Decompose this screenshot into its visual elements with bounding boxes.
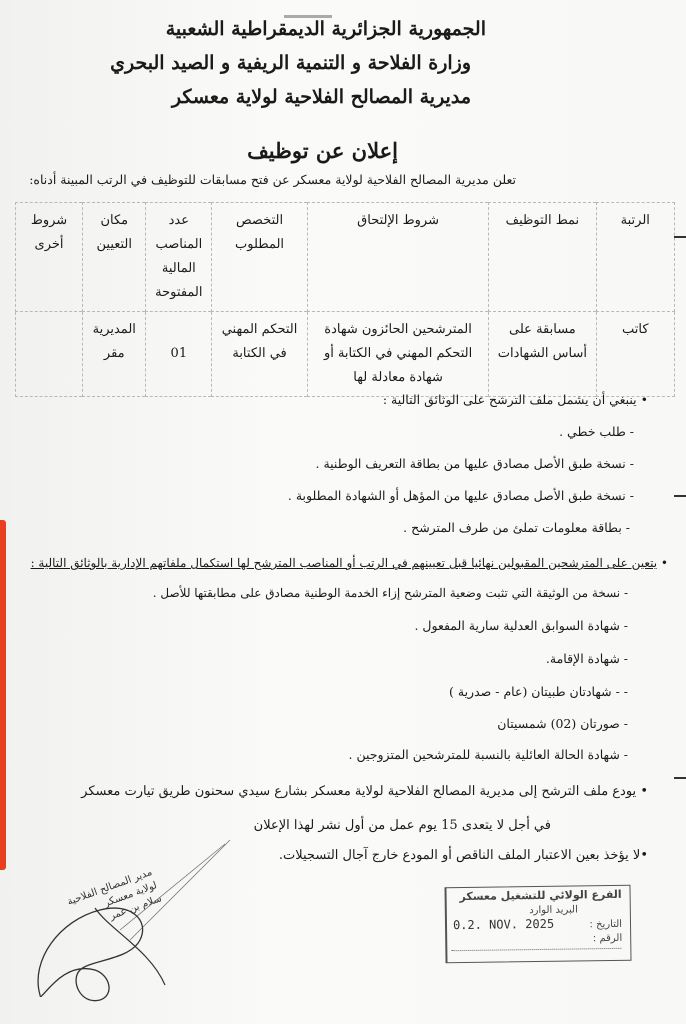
page-title: إعلان عن توظيف (247, 138, 398, 163)
reception-stamp: الفرع الولائي للتشغيل معسكر البريد الوار… (444, 885, 631, 964)
note-text: •لا يؤخذ بعين الاعتبار الملف الناقص أو ا… (279, 848, 648, 863)
section2-item: - شهادة الإقامة. (546, 651, 628, 666)
col-header-mode: نمط التوظيف (489, 203, 596, 312)
table-header-row: الرتبة نمط التوظيف شروط الإلتحاق التخصص … (16, 203, 675, 312)
red-edge-strip (0, 520, 6, 870)
cell-mode: مسابقة على أساس الشهادات (489, 312, 596, 397)
section1-item: - نسخة طبق الأصل مصادق عليها من بطاقة ال… (316, 456, 634, 471)
stamp-date-value: 0.2. NOV. 2025 (453, 917, 554, 932)
cell-specialty: التحكم المهني في الكتابة (212, 312, 308, 397)
cell-rank: كاتب (596, 312, 674, 397)
section1-item: - طلب خطي . (559, 424, 634, 439)
stamp-mail: البريد الوارد (529, 904, 578, 916)
intro-text: تعلن مديرية المصالح الفلاحية لولاية معسك… (29, 172, 516, 187)
stamp-dotted-line (451, 948, 621, 951)
ministry-header: وزارة الفلاحة و التنمية الريفية و الصيد … (110, 52, 471, 74)
col-header-specialty: التخصص المطلوب (212, 203, 308, 312)
republic-header: الجمهورية الجزائرية الديمقراطية الشعبية (166, 18, 486, 40)
stamp-office: الفرع الولائي للتشغيل معسكر (459, 888, 621, 903)
section2-item: - شهادة السوابق العدلية سارية المفعول . (414, 618, 628, 633)
handwritten-signature-icon (0, 830, 260, 1024)
cell-positions: 01 (146, 312, 212, 397)
margin-mark (674, 236, 686, 238)
cell-other (16, 312, 83, 397)
section2-item: - - شهادتان طبيتان (عام - صدرية ) (449, 684, 628, 699)
section1-item: - نسخة طبق الأصل مصادق عليها من المؤهل أ… (288, 488, 634, 503)
margin-mark (674, 777, 686, 779)
col-header-positions: عدد المناصب المالية المفتوحة (146, 203, 212, 312)
highlight-mark (284, 15, 332, 18)
section2-item: - شهادة الحالة العائلية بالنسبة للمترشحي… (349, 747, 628, 762)
deposit-text: • يودع ملف الترشح إلى مديرية المصالح الف… (81, 784, 648, 799)
republic-text: الجمهورية الجزائرية الديمقراطية الشعبية (166, 18, 486, 40)
col-header-other: شروط أخرى (16, 203, 83, 312)
stamp-date-label: التاريخ : (589, 919, 622, 930)
margin-mark (674, 495, 686, 497)
section2-item: - نسخة من الوثيقة التي تثبت وضعية المترش… (153, 586, 628, 600)
section1-heading: • ينبغي أن يشمل ملف الترشح على الوثائق ا… (383, 392, 648, 407)
section2-heading: • يتعين على المترشحين المقبولين نهائيا ق… (31, 556, 668, 570)
col-header-conditions: شروط الإلتحاق (307, 203, 488, 312)
section2-item: - صورتان (02) شمسيتان (497, 716, 628, 731)
cell-conditions: المترشحين الحائزون شهادة التحكم المهني ف… (307, 312, 488, 397)
deadline-text: في أجل لا يتعدى 15 يوم عمل من أول نشر له… (254, 818, 551, 833)
table-row: كاتب مسابقة على أساس الشهادات المترشحين … (16, 312, 675, 397)
recruitment-table: الرتبة نمط التوظيف شروط الإلتحاق التخصص … (15, 202, 675, 397)
col-header-location: مكان التعيين (83, 203, 146, 312)
cell-location: المديرية مقر (83, 312, 146, 397)
stamp-number-label: الرقم : (593, 933, 622, 944)
col-header-rank: الرتبة (596, 203, 674, 312)
section1-item: - بطاقة معلومات تملئ من طرف المترشح . (403, 520, 630, 535)
directorate-header: مديرية المصالح الفلاحية لولاية معسكر (172, 86, 471, 108)
